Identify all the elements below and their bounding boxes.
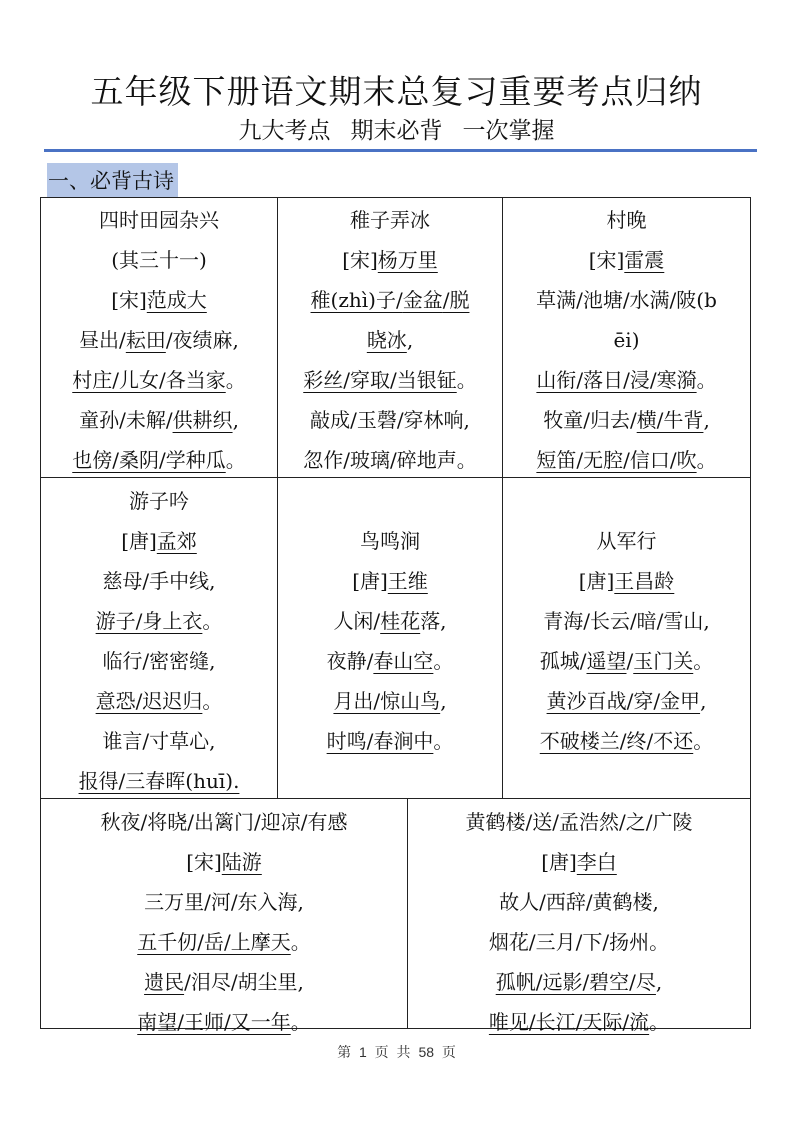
text-segment: , bbox=[656, 970, 662, 994]
underlined-text: 陆游 bbox=[222, 850, 262, 874]
poem-line: ēi) bbox=[503, 320, 750, 360]
poem-title: 鸟鸣涧 bbox=[278, 521, 502, 561]
poem-title: 游子吟 bbox=[41, 481, 277, 521]
poem-line: 彩丝/穿取/当银钲。 bbox=[278, 360, 502, 400]
poem-table: 四时田园杂兴(其三十一)[宋]范成大昼出/耘田/夜绩麻,村庄/儿女/各当家。童孙… bbox=[40, 197, 751, 1029]
total-pages: 58 bbox=[418, 1044, 434, 1060]
text-segment: 三万里/河/东入海, bbox=[144, 890, 304, 914]
underlined-text: 黄沙百战/穿/金甲 bbox=[547, 689, 700, 713]
poem-line: 孤帆/远影/碧空/尽, bbox=[408, 962, 750, 1002]
text-segment: 故人/西辞/黄鹤楼, bbox=[499, 890, 659, 914]
footer-prefix: 第 bbox=[337, 1044, 351, 1060]
text-segment: 。 bbox=[202, 689, 222, 713]
text-segment: 。 bbox=[291, 930, 311, 954]
text-segment: 烟花/三月/下/扬州。 bbox=[489, 930, 669, 954]
poem-line: 谁言/寸草心, bbox=[41, 721, 277, 761]
poem-title: 黄鹤楼/送/孟浩然/之/广陵 bbox=[408, 802, 750, 842]
page-footer: 第 1 页 共 58 页 bbox=[0, 1042, 793, 1062]
poem-line: 青海/长云/暗/雪山, bbox=[503, 601, 750, 641]
underlined-text: 遥望 bbox=[587, 649, 627, 673]
text-segment: 青海/长云/暗/雪山, bbox=[543, 609, 710, 633]
poem-author: [唐]王维 bbox=[278, 561, 502, 601]
poem-author: [唐]李白 bbox=[408, 842, 750, 882]
text-segment: 人闲/ bbox=[333, 609, 380, 633]
section-heading: 一、必背古诗 bbox=[47, 163, 178, 198]
underlined-text: 不破楼兰/终/不还 bbox=[540, 729, 693, 753]
text-segment: [唐] bbox=[579, 569, 615, 593]
underlined-text: 王昌龄 bbox=[614, 569, 674, 593]
page-number: 1 bbox=[359, 1044, 367, 1060]
text-segment: 。 bbox=[697, 448, 717, 472]
underlined-text: 五千仞/岳/上摩天 bbox=[137, 930, 290, 954]
text-segment: 童孙/未解/ bbox=[79, 408, 172, 432]
text-segment: [宋] bbox=[186, 850, 222, 874]
poem-line: (其三十一) bbox=[41, 240, 277, 280]
poem-title: 村晚 bbox=[503, 200, 750, 240]
underlined-text: 意恐/迟迟归 bbox=[96, 689, 203, 713]
poem-line: 临行/密密缝, bbox=[41, 641, 277, 681]
underlined-text: 孤帆/远影/碧空/尽 bbox=[496, 970, 656, 994]
text-segment: 慈母/手中线, bbox=[102, 569, 215, 593]
underlined-text: 月出/惊山鸟 bbox=[333, 689, 440, 713]
text-segment: , bbox=[233, 408, 239, 432]
poem-line: 唯见/长江/天际/流。 bbox=[408, 1002, 750, 1042]
text-segment: 。 bbox=[693, 729, 713, 753]
underlined-text: 横/牛背 bbox=[637, 408, 704, 432]
underlined-text: /脱 bbox=[443, 288, 470, 312]
text-segment: /夜绩麻, bbox=[166, 328, 239, 352]
subtitle-part: 期末必背 bbox=[351, 118, 443, 144]
text-segment: 昼出/ bbox=[79, 328, 126, 352]
poem-cell: 鸟鸣涧[唐]王维人闲/桂花落,夜静/春山空。月出/惊山鸟,时鸣/春涧中。 bbox=[278, 521, 502, 761]
poem-author: [宋]雷震 bbox=[503, 240, 750, 280]
text-segment: 谁言/寸草心, bbox=[102, 729, 215, 753]
underlined-text: 南望/王师/又一年 bbox=[137, 1010, 290, 1034]
poem-cell: 村晚[宋]雷震草满/池塘/水满/陂(bēi)山衔/落日/浸/寒漪。牧童/归去/横… bbox=[503, 200, 750, 480]
poem-line: 忽作/玻璃/碎地声。 bbox=[278, 440, 502, 480]
text-segment: 夜静/ bbox=[327, 649, 374, 673]
poem-line: 童孙/未解/供耕织, bbox=[41, 400, 277, 440]
poem-line: 草满/池塘/水满/陂(b bbox=[503, 280, 750, 320]
poem-cell: 从军行[唐]王昌龄青海/长云/暗/雪山,孤城/遥望/玉门关。黄沙百战/穿/金甲,… bbox=[503, 521, 750, 761]
underlined-text: 供耕织 bbox=[173, 408, 233, 432]
poem-line: 意恐/迟迟归。 bbox=[41, 681, 277, 721]
poem-line: 敲成/玉磬/穿林响, bbox=[278, 400, 502, 440]
footer-mid: 页 共 bbox=[375, 1044, 411, 1060]
poem-line: 故人/西辞/黄鹤楼, bbox=[408, 882, 750, 922]
poem-line: 时鸣/春涧中。 bbox=[278, 721, 502, 761]
text-segment: , bbox=[407, 328, 413, 352]
underlined-text: 王维 bbox=[388, 569, 428, 593]
text-segment: 。 bbox=[433, 649, 453, 673]
poem-line: 稚(zhì)子/金盆/脱 bbox=[278, 280, 502, 320]
poem-title: 四时田园杂兴 bbox=[41, 200, 277, 240]
text-segment: , bbox=[703, 408, 709, 432]
text-segment: [宋] bbox=[111, 288, 147, 312]
poem-line: 夜静/春山空。 bbox=[278, 641, 502, 681]
underlined-text: 金盆 bbox=[403, 288, 443, 312]
poem-line: 村庄/儿女/各当家。 bbox=[41, 360, 277, 400]
text-segment: [宋] bbox=[342, 248, 378, 272]
text-segment: 。 bbox=[697, 368, 717, 392]
text-segment: 临行/密密缝, bbox=[102, 649, 215, 673]
poem-line: 烟花/三月/下/扬州。 bbox=[408, 922, 750, 962]
poem-line: 也傍/桑阴/学种瓜。 bbox=[41, 440, 277, 480]
underlined-text: 晓冰 bbox=[367, 328, 407, 352]
poem-title: 秋夜/将晓/出篱门/迎凉/有感 bbox=[41, 802, 407, 842]
poem-title: 从军行 bbox=[503, 521, 750, 561]
poem-line: 慈母/手中线, bbox=[41, 561, 277, 601]
poem-line: 牧童/归去/横/牛背, bbox=[503, 400, 750, 440]
poem-line: 山衔/落日/浸/寒漪。 bbox=[503, 360, 750, 400]
text-segment: [宋] bbox=[589, 248, 625, 272]
subtitle-part: 一次掌握 bbox=[463, 118, 555, 144]
poem-line: 短笛/无腔/信口/吹。 bbox=[503, 440, 750, 480]
underlined-text: 唯见/长江/天际/流 bbox=[489, 1010, 649, 1034]
text-segment: 。 bbox=[226, 368, 246, 392]
underlined-text: 山衔/落日/浸/寒漪 bbox=[536, 368, 696, 392]
text-segment: ēi) bbox=[613, 328, 639, 352]
underlined-text: 杨万里 bbox=[378, 248, 438, 272]
poem-line: 三万里/河/东入海, bbox=[41, 882, 407, 922]
underlined-text: 彩丝/穿取/当银钲 bbox=[303, 368, 456, 392]
poem-line: 五千仞/岳/上摩天。 bbox=[41, 922, 407, 962]
text-segment: 。 bbox=[433, 729, 453, 753]
poem-line: 南望/王师/又一年。 bbox=[41, 1002, 407, 1042]
underlined-text: 雷震 bbox=[624, 248, 664, 272]
poem-line: [宋]范成大 bbox=[41, 280, 277, 320]
text-segment: 落, bbox=[420, 609, 446, 633]
underlined-text: 桂花 bbox=[380, 609, 420, 633]
document-title: 五年级下册语文期末总复习重要考点归纳 bbox=[0, 70, 793, 114]
underlined-text: 遗民 bbox=[144, 970, 184, 994]
underlined-text: 也傍/桑阴/学种瓜 bbox=[72, 448, 225, 472]
text-segment: 敲成/玉磬/穿林响, bbox=[310, 408, 470, 432]
text-segment: 。 bbox=[693, 649, 713, 673]
poem-cell: 游子吟[唐]孟郊慈母/手中线,游子/身上衣。临行/密密缝,意恐/迟迟归。谁言/寸… bbox=[41, 481, 277, 801]
poem-line: 遗民/泪尽/胡尘里, bbox=[41, 962, 407, 1002]
text-segment: 牧童/归去/ bbox=[543, 408, 636, 432]
document-subtitle: 九大考点期末必背一次掌握 bbox=[0, 114, 793, 148]
header-divider bbox=[44, 149, 757, 152]
poem-author: [唐]孟郊 bbox=[41, 521, 277, 561]
underlined-text: 耘田 bbox=[126, 328, 166, 352]
poem-line: 报得/三春晖(huī). bbox=[41, 761, 277, 801]
subtitle-part: 九大考点 bbox=[239, 118, 331, 144]
underlined-text: 报得/三春晖(huī). bbox=[79, 769, 240, 793]
underlined-text: 短笛/无腔/信口/吹 bbox=[536, 448, 696, 472]
poem-author: [唐]王昌龄 bbox=[503, 561, 750, 601]
text-segment: 。 bbox=[291, 1010, 311, 1034]
underlined-text: 游子/身上衣 bbox=[96, 609, 203, 633]
text-segment: (其三十一) bbox=[111, 248, 207, 272]
text-segment: 草满/池塘/水满/陂(b bbox=[536, 288, 717, 312]
underlined-text: 稚(zhì)子/ bbox=[311, 288, 403, 312]
text-segment: [唐] bbox=[541, 850, 577, 874]
poem-author: [宋]陆游 bbox=[41, 842, 407, 882]
footer-suffix: 页 bbox=[442, 1044, 456, 1060]
poem-line: 游子/身上衣。 bbox=[41, 601, 277, 641]
text-segment: [唐] bbox=[352, 569, 388, 593]
underlined-text: 春山空 bbox=[373, 649, 433, 673]
underlined-text: 李白 bbox=[577, 850, 617, 874]
text-segment: /泪尽/胡尘里, bbox=[184, 970, 304, 994]
text-segment: 。 bbox=[202, 609, 222, 633]
poem-line: 晓冰, bbox=[278, 320, 502, 360]
poem-cell: 黄鹤楼/送/孟浩然/之/广陵[唐]李白故人/西辞/黄鹤楼,烟花/三月/下/扬州。… bbox=[408, 802, 750, 1042]
poem-author: [宋]杨万里 bbox=[278, 240, 502, 280]
underlined-text: 村庄/儿女/各当家 bbox=[72, 368, 225, 392]
text-segment: [唐] bbox=[121, 529, 157, 553]
poem-line: 人闲/桂花落, bbox=[278, 601, 502, 641]
poem-line: 月出/惊山鸟, bbox=[278, 681, 502, 721]
poem-line: 孤城/遥望/玉门关。 bbox=[503, 641, 750, 681]
text-segment: , bbox=[440, 689, 446, 713]
underlined-text: 玉门关 bbox=[633, 649, 693, 673]
text-segment: 。 bbox=[457, 368, 477, 392]
poem-cell: 四时田园杂兴(其三十一)[宋]范成大昼出/耘田/夜绩麻,村庄/儿女/各当家。童孙… bbox=[41, 200, 277, 480]
poem-cell: 稚子弄冰[宋]杨万里稚(zhì)子/金盆/脱晓冰,彩丝/穿取/当银钲。敲成/玉磬… bbox=[278, 200, 502, 480]
underlined-text: 孟郊 bbox=[157, 529, 197, 553]
text-segment: 忽作/玻璃/碎地声。 bbox=[303, 448, 476, 472]
underlined-text: 范成大 bbox=[147, 288, 207, 312]
text-segment: 。 bbox=[226, 448, 246, 472]
poem-cell: 秋夜/将晓/出篱门/迎凉/有感[宋]陆游三万里/河/东入海,五千仞/岳/上摩天。… bbox=[41, 802, 407, 1042]
poem-line: 昼出/耘田/夜绩麻, bbox=[41, 320, 277, 360]
poem-line: 不破楼兰/终/不还。 bbox=[503, 721, 750, 761]
underlined-text: 时鸣/春涧中 bbox=[327, 729, 434, 753]
text-segment: 。 bbox=[649, 1010, 669, 1034]
text-segment: , bbox=[700, 689, 706, 713]
poem-line: 黄沙百战/穿/金甲, bbox=[503, 681, 750, 721]
poem-title: 稚子弄冰 bbox=[278, 200, 502, 240]
text-segment: 孤城/ bbox=[540, 649, 587, 673]
